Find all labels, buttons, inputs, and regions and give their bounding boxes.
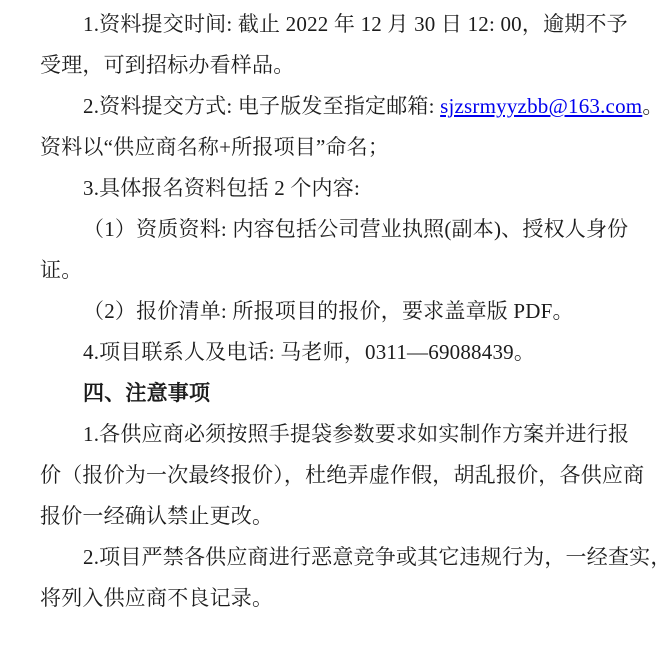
text-line: 1.资料提交时间: 截止 2022 年 12 月 30 日 12: 00，逾期不… bbox=[40, 4, 627, 45]
text-line: 价（报价为一次最终报价），杜绝弄虚作假，胡乱报价，各供应商 bbox=[40, 455, 627, 496]
text-line: 4.项目联系人及电话: 马老师，0311—69088439。 bbox=[40, 332, 627, 373]
text-line: 资料以“供应商名称+所报项目”命名； bbox=[40, 127, 627, 168]
text-line: （1）资质资料: 内容包括公司营业执照(副本)、授权人身份 bbox=[40, 209, 627, 250]
text-line: 2.资料提交方式: 电子版发至指定邮箱: sjzsrmyyzbb@163.com… bbox=[40, 86, 627, 127]
document-page: 1.资料提交时间: 截止 2022 年 12 月 30 日 12: 00，逾期不… bbox=[0, 0, 663, 663]
email-link[interactable]: sjzsrmyyzbb@163.com bbox=[440, 94, 642, 118]
text-line: 2.项目严禁各供应商进行恶意竞争或其它违规行为，一经查实， bbox=[40, 537, 627, 578]
text-line: 受理，可到招标办看样品。 bbox=[40, 45, 627, 86]
section-heading: 四、注意事项 bbox=[40, 373, 627, 414]
text-segment: 2.资料提交方式: 电子版发至指定邮箱: bbox=[83, 94, 440, 118]
text-line: 3.具体报名资料包括 2 个内容: bbox=[40, 168, 627, 209]
text-segment: 。 bbox=[642, 94, 663, 118]
text-line: 报价一经确认禁止更改。 bbox=[40, 496, 627, 537]
text-line: （2）报价清单: 所报项目的报价，要求盖章版 PDF。 bbox=[40, 291, 627, 332]
text-line: 证。 bbox=[40, 250, 627, 291]
text-line: 1.各供应商必须按照手提袋参数要求如实制作方案并进行报 bbox=[40, 414, 627, 455]
text-line: 将列入供应商不良记录。 bbox=[40, 578, 627, 619]
